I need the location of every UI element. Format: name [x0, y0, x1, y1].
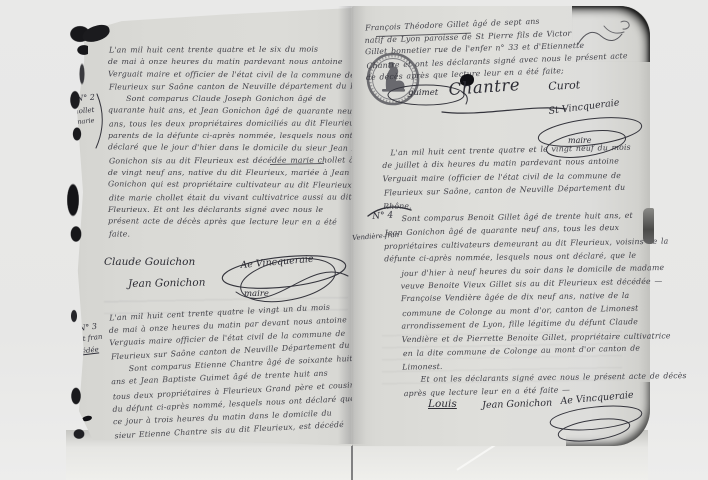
- handwritten-line: dite marie chollet était du vivant culti…: [109, 191, 349, 204]
- handwritten-line: de vingt neuf ans, native du dit Fleurie…: [108, 167, 348, 179]
- mayor-signature-flourish-right-bottom: Ae Vincqueraie: [548, 404, 648, 444]
- signature-curot: Curot: [548, 78, 580, 93]
- signature-claude-gouichon: Claude Gouichon: [104, 256, 195, 268]
- signature-jean-gonichon: Jean Gonichon: [128, 277, 206, 290]
- signature-jean-gonichon-2: Jean Gonichon: [482, 398, 552, 411]
- signature-chantre: Chantre: [448, 75, 521, 99]
- death-record-act3-continued-text: François Théodore Gillet âgé de sept ans…: [364, 13, 622, 84]
- torn-binding-edge: [56, 4, 88, 448]
- archival-scan: N° 2 chollet marie L'an mil huit cent tr…: [0, 0, 708, 480]
- page-edge-tab: [643, 208, 654, 244]
- handwritten-line: parents de la défunte ci-après nommée, l…: [108, 130, 348, 142]
- handwritten-line: Fleurieux. Et ont les déclarants signé a…: [108, 204, 348, 216]
- handwritten-line: de mai à onze heures du matin pardevant …: [108, 56, 348, 68]
- handwritten-line: L'an mil huit cent trente quatre et le s…: [109, 43, 349, 56]
- handwritten-line: Fleurieux sur Saône canton de Neuville d…: [109, 80, 349, 93]
- signature-louis: Louis: [428, 398, 457, 410]
- handwritten-line: Verguait maire et officier de l'état civ…: [108, 68, 348, 82]
- death-record-act2-text: L'an mil huit cent trente quatre et le s…: [108, 44, 348, 241]
- handwritten-line: quarante huit ans, et Jean Gonichon âgé …: [108, 105, 348, 119]
- death-record-act3-text: L'an mil huit cent trente quatre le ving…: [108, 300, 358, 442]
- handwritten-line: Gonichon sis au dit Fleurieux est décédé…: [109, 154, 349, 167]
- left-page: N° 2 chollet marie L'an mil huit cent tr…: [64, 8, 352, 446]
- handwritten-line: déclaré que le jour d'hier dans le domic…: [108, 142, 348, 156]
- handwritten-line: Gonichon qui est propriétaire cultivateu…: [108, 179, 348, 193]
- right-page: François Théodore Gillet âgé de sept ans…: [352, 6, 650, 446]
- margin-bracket-icon: [94, 92, 108, 150]
- death-record-act4-text: L'an mil huit cent trente quatre et le v…: [382, 141, 627, 400]
- spine-line: [351, 442, 353, 480]
- handwritten-line: faite.: [109, 228, 349, 241]
- signature-guimet: guimet: [408, 88, 438, 98]
- handwritten-line: ans, tous les deux propriétaires domicil…: [109, 117, 349, 130]
